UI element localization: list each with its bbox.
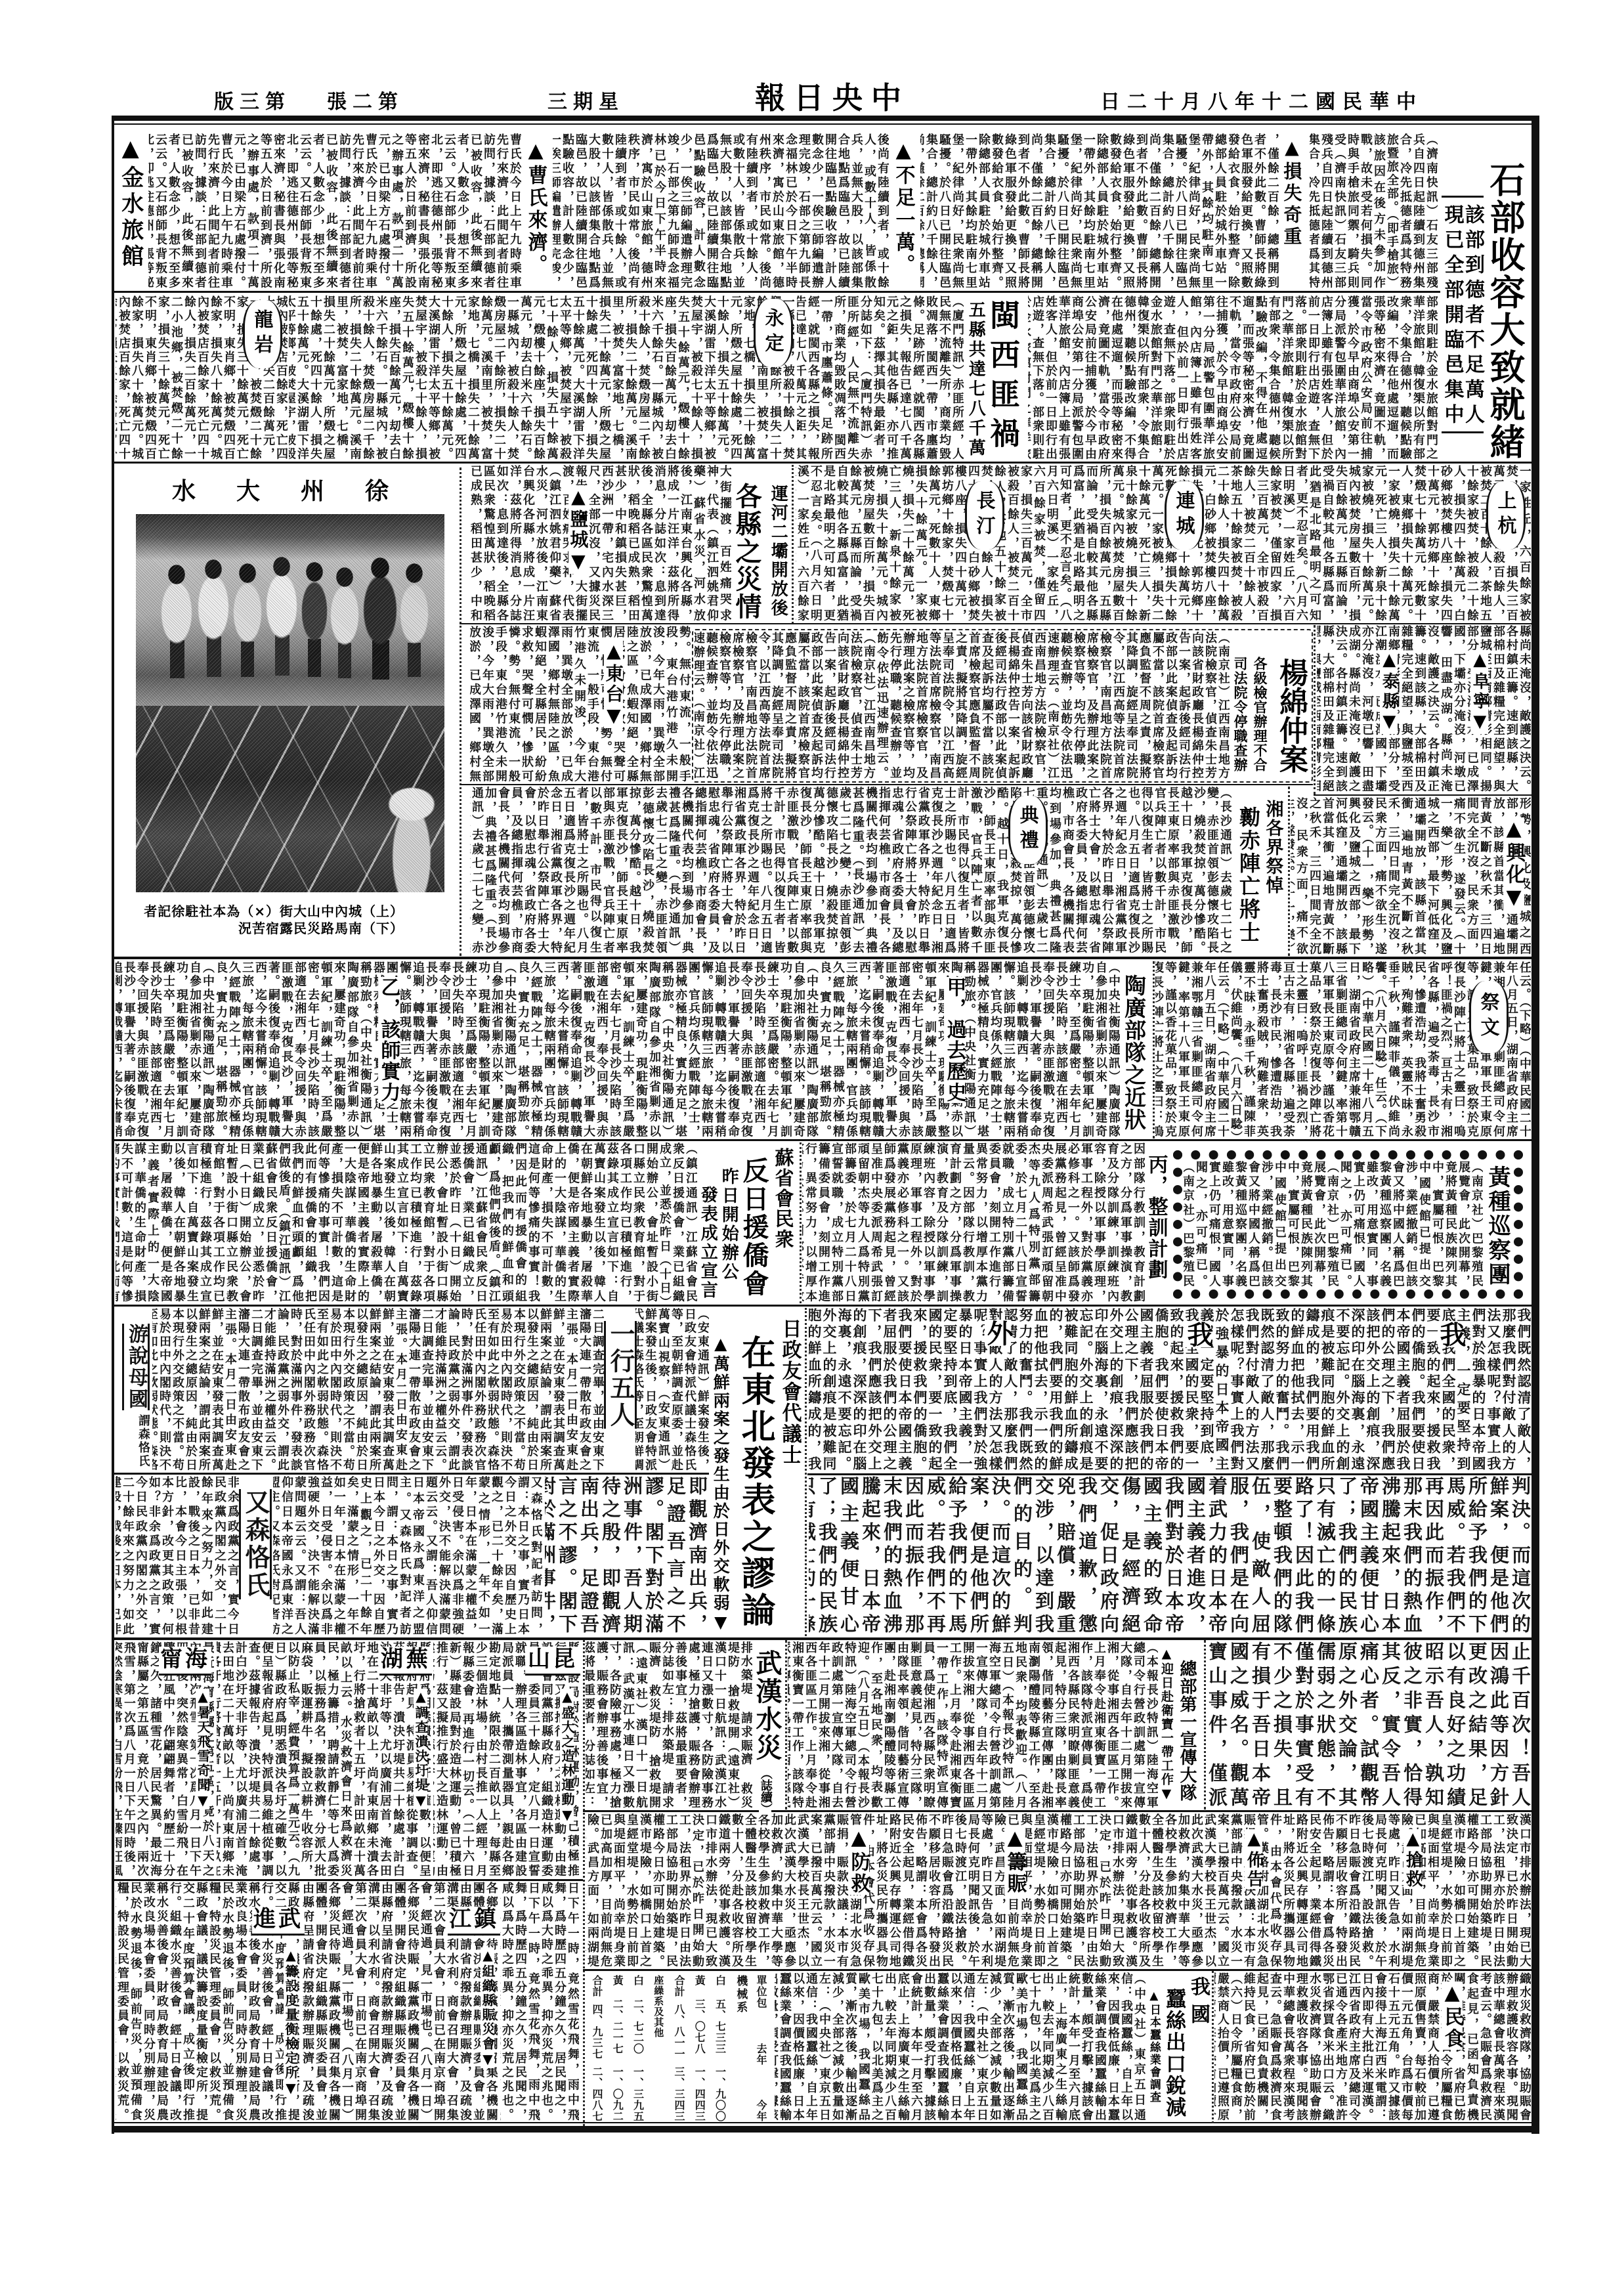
minxi-body-1: （廈門特訊）赤匪所經，人民無不流離失所，商業均毀敗凋落，閩西一帶，市廛蕭條。足跡…: [797, 295, 964, 461]
photo-column-wavy-rule: [460, 467, 461, 956]
zhenjiang-subhead: ▲組織縣賑災會▼: [481, 1947, 494, 2068]
table-kind: 白: [633, 1975, 643, 1986]
xiang-headline: 勷赤陣亡將士: [1238, 806, 1259, 944]
ceremony-label: 典禮: [1008, 796, 1048, 864]
zhengyou-body-3: 謂森恪氏: [116, 1414, 150, 1472]
manifesto-initial: 我: [1438, 1321, 1464, 1347]
zhenjiang-heading: 鎮江: [448, 1907, 500, 1936]
haining-body-continued: 日下午一時，竟然雪花飛舞，雨中飛舞，爲時歷四五分鐘之久，居民聞之，咸以爲大時之乖…: [500, 1882, 579, 2122]
lobby-homeland-section: 游說母國: [122, 1324, 150, 1410]
manifesto-initial: 外: [985, 1320, 1011, 1346]
disaster-body-4: 形勢，興化及鹽城之西部，最下河低窪，通壩開放，該縣首當其衝，遍地青黃不斷之秋禾，…: [1291, 797, 1531, 956]
wavy-rule: [1212, 1971, 1214, 2123]
yang-subhead-1: 各級檢官辦理不合: [1253, 657, 1267, 772]
band-rule-11: [583, 1969, 1533, 1971]
tao-body-2: 因部隊行教訓，教育計劃之方，分爲軍事操演，教育及分隊訓練，訓練班內容，除授以軍事…: [802, 1142, 1145, 1303]
county-label-shanghang: 上杭: [1486, 481, 1526, 550]
huang-body: （南京社）巴黎殖民展覽會，此次開幕，竟將黃種民族陳列其中，實屬可恨，巴黎中國使館…: [1184, 1161, 1483, 1288]
table-unit: 單位包: [756, 1975, 766, 2008]
frame-bottom-rule: [113, 2126, 1539, 2133]
lead-subhead-2: 現已全部開臨邑集中: [1442, 204, 1463, 429]
band-rule-7: [113, 1305, 1533, 1307]
lead-body-1: （濟南快訊）石友三部殘兵自四日起陸續到德州集合，冷先抵德者爲其特務旅暨旅全部。（…: [1310, 133, 1438, 290]
table-value-this: 二、四八七: [591, 2066, 602, 2122]
frame-left-rule: [112, 116, 114, 2134]
flood-photo: [136, 514, 444, 892]
ceremony-label-text: 典禮: [1019, 805, 1038, 855]
minxi-subhead: 五縣共達七八千萬: [966, 301, 984, 458]
table-value-last: 二、二一七: [612, 1999, 622, 2054]
loss-subhead: ▲損失奇重: [1282, 137, 1301, 248]
lead-body-2: ，僅餘二百餘，總稱開到者不外此數。曹師長將綠色軍服發給更換，又照數發給衣食，始行…: [920, 133, 1279, 290]
table-kind: 黃: [694, 1975, 704, 1986]
county-label-text: 上杭: [1497, 490, 1516, 540]
paper-title: 中央日報: [755, 83, 910, 113]
wavy-rule: [800, 1142, 802, 1303]
dongtai-subhead: ▲東台▼: [604, 640, 623, 728]
lead-body-3: 後尚有陸續到者，或十餘人，或數十人，皆係散兵，並無大股，以該部集合地點爲臨邑，故…: [553, 133, 889, 290]
xinghua-subhead: ▲興化▼: [1503, 817, 1524, 911]
silk-kicker: 我國: [1188, 1976, 1208, 2031]
county-label-text: 連城: [1175, 490, 1194, 540]
zhengyou-body-2: 二日調查完畢，並由安東下瀋陽大連一帶散布政友會之主張。本月二日由安東赴鮮，並在安…: [152, 1308, 604, 1472]
cao-arrives-subhead: ▲曹氏來濟。: [525, 139, 546, 276]
haining-heading: 海甯: [159, 1647, 211, 1676]
disaster-body-3: 縣尚未淹沒，敵護之決云。各村鎮正籌。速到該縣，大部棉田及雜糧完全絕望，與鹽城至西…: [1317, 625, 1531, 793]
kunshan-subhead: ▲盛大之造林運動▼: [560, 1689, 574, 1824]
table-value-last: 四、九三七: [591, 2004, 602, 2060]
table-value-last: 三、〇七八: [694, 1999, 704, 2054]
party-of-five-section: 一行五人: [604, 1321, 637, 1429]
band-rule-10: [583, 1810, 1533, 1812]
silk-headline: 蠶絲出口銳減: [1163, 1988, 1184, 2118]
disaster-headline: 各縣之災情: [733, 483, 760, 620]
suzhou-kicker: 蘇省會民衆: [773, 1148, 793, 1249]
table-kind: 合計: [591, 1975, 602, 1997]
suzhou-subhead-2: 發表成立宣言: [698, 1186, 716, 1300]
frame-top-thin-rule: [113, 123, 1532, 125]
table-row: 黃 二、二一七 一、〇九二: [607, 1975, 627, 2122]
wuhan-headline: 武漢水災: [754, 1649, 780, 1762]
table-value-last: 二、七二〇: [633, 1999, 643, 2054]
photo-caption-lower: （下）南馬路災民露宿苦況: [118, 922, 404, 935]
propaganda-headline: 總部第一宣傳大隊: [1178, 1660, 1195, 1802]
minxi-body-counties: 一家姓丘，六百餘家被焚，僅留四家，損失三百萬元，全市被殺百餘人，被焚二百十餘人，…: [796, 465, 1531, 622]
weekday: 星期三: [547, 93, 624, 112]
wuhan-continued-tag: （誌續）: [759, 1767, 771, 1815]
suzhou-headline: 反日援僑會: [740, 1157, 767, 1298]
table-row: 白 五、七三三 一、九〇〇: [710, 1975, 730, 2122]
wuhan-body-2: 漢口市排水辦法，現已大致決定，已於昨日開始動工，法租界亦於昨日由法工部局協助開始…: [586, 1813, 1531, 1968]
zhengyou-subhead: ▲萬鮮兩案之發生由於日外交軟弱▼: [712, 1334, 729, 1634]
newspaper-page: 第三版 第二張 星期三 中央日報 中華民國二十年八月十二日 石部收容大致就緒 該…: [0, 0, 1607, 2296]
manifesto-initial: 我: [1185, 1321, 1211, 1347]
wuhu-subhead: ▲調查潰決圩堤▼: [414, 1689, 427, 1809]
kunshan-body: 縣建設局對於造林運動，曾已積極推行，茲又擬推行盛大之造林運動，由建設局會同黨部縣…: [433, 1641, 579, 1878]
jinshui-hotel-subhead: ▲金水旅館: [118, 135, 142, 271]
photo-halftone-grain: [136, 514, 444, 892]
wujin-subhead: ▲籌設度量衡檢定所▼: [284, 1947, 297, 2097]
disaster-subhead: 運河二壩開放後: [769, 485, 786, 618]
yang-body: （南京社）江西南昌地方法院檢察官，偵查朱士芳向該省財政廳長楊綿仲控告一案，起訴後…: [695, 632, 1230, 780]
xiang-kicker: 湘各界祭悼: [1263, 800, 1281, 895]
yang-subhead-2: 司法院令停職查辦: [1233, 657, 1247, 772]
yancheng-subhead: ▲鹽城▼: [568, 486, 588, 574]
county-label-text: 龍岩: [253, 309, 272, 359]
table-value-last: 五、七三三: [715, 1999, 725, 2054]
tao-section-history: 甲，過去歷史: [944, 977, 965, 1103]
zhengyou-body-5: 非余爲政黨之言，實今日民政黨內閣之外交，二十餘年來之努力，如此建設，戰後之日本，…: [116, 1476, 239, 1636]
table-year-this: 今年: [756, 2100, 766, 2122]
band-rule-4a: [460, 784, 1313, 785]
lead-body-5: 部衆則駐於金水旅館對門之華洋旅館，韓復榘以所有部衆，令集合德州，聽候點驗改編，不…: [1028, 295, 1438, 461]
band-rule-1: [113, 291, 1440, 293]
huang-headline: 黃種巡察團: [1486, 1165, 1509, 1287]
yang-headline: 楊綿仲案: [1276, 658, 1305, 773]
zhengyou-body-1: （安東通訊）鮮案發生後，日政友會特派代議士森恪氏等，至朝鮮調查原委，並赴萬寶山視…: [635, 1308, 709, 1472]
wavy-rule: [583, 1640, 585, 2126]
wuhu-body: 縣政府爲明悉潰決各圩之確數，以便呈報省府起見，特派員易維植從事調查。茲據報告，潰…: [217, 1641, 431, 1878]
county-label-changting: 長汀: [965, 481, 1004, 550]
eulogy-label-text: 祭文: [1480, 992, 1499, 1042]
zhengyou-quote: 即觀濟南出兵，足證吾言之不謬。閣下對於滿洲事件，吾人期待之殷，即觀濟南出兵，足證…: [545, 1476, 708, 1636]
tao-section-training: 丙，整訓計劃: [1146, 1154, 1167, 1280]
table-row: 合計 八、八一一 三、三四三: [669, 1975, 689, 2122]
not-enough-subhead: ▲不足一萬。: [893, 139, 914, 276]
wavy-rule: [785, 1640, 787, 1809]
silk-subhead: ▲日本蠶絲業會調查: [1147, 1989, 1159, 2104]
wavy-rule: [1153, 961, 1155, 1138]
issue-date: 中華民國二十年八月十二日: [1100, 93, 1423, 112]
sheet-number: 第二張: [327, 93, 404, 112]
lead-subhead-box: 該部到德者不足萬人 現已全部開臨邑集中: [1442, 196, 1484, 433]
mori-kaku-section: 又森恪氏: [239, 1489, 272, 1599]
eulogy-label: 祭文: [1469, 981, 1509, 1053]
zhengyou-body-6: 止千百次！吾人因鴻此等因方針更改之結果，足以有良好之功績昭示吾人，孰知彼之非實，…: [1207, 1641, 1531, 1809]
table-value-this: 一、四四三: [694, 2066, 704, 2122]
tao-body-1: （中央社衡陽通訊）陶廣部隊自參加湘省剿赤以來，屢建奇功，現駐衡陽，整頓軍紀，訓練…: [116, 961, 1120, 1138]
silk-body: （中央社）東京五日通信：我國蠶絲，自上年以來，因價格低廉，日本蠶絲業會調查我國蠶…: [775, 1972, 1146, 2122]
wuhan-body-1: 排水築堤 請求賑濟 救災堤防 搶救堤開（遠東社）漢口十一日航訊：武漢江水連日又漲…: [586, 1641, 752, 1809]
minxi-headline: 閩西匪禍: [988, 299, 1018, 457]
zhengyou-kicker: 日政友會代議士: [779, 1318, 800, 1465]
county-label-text: 長汀: [975, 490, 995, 540]
minxi-body-yongding: 一縣城內，被殺十餘人，焚燬房屋二千餘所，損失二十餘萬元。溪南里，被焚，富家地，七…: [289, 295, 794, 461]
county-label-yongding: 永定: [754, 299, 793, 367]
wavy-rule: [1288, 787, 1290, 956]
lead-body-4: 曹氏於今日上午九時乘車先行來濟，此間記者前往訪問，據談：石部到德者已被收容，此後…: [148, 133, 521, 290]
suzhou-subhead-1: 昨日開始辦公: [719, 1167, 737, 1282]
haining-subhead: ▲暑天飛雪奇聞▼: [196, 1689, 209, 1809]
lead-headline: 石部收容大致就緒: [1488, 162, 1523, 461]
band-rule-4b: [1314, 794, 1533, 796]
wujin-heading: 武進: [252, 1907, 305, 1936]
band-rule-6: [113, 1139, 1533, 1141]
table-row: 白 二、七二〇 一、三九五: [628, 1975, 648, 2122]
table-value-last: 八、八一一: [674, 2004, 684, 2060]
table-row: 黃 三、〇七八 一、四四三: [689, 1975, 709, 2122]
propaganda-body: （本報長沙特訊）陸海空軍總司令行營政訓處第一宣傳大隊，自去年十二月開拔來湘，從事…: [788, 1641, 1158, 1809]
tao-headline: 陶廣部隊之近狀: [1123, 974, 1145, 1131]
table-year-last: 去年: [756, 2043, 766, 2066]
table-kind: 白: [715, 1975, 725, 1986]
disaster-body-1: 大街擺渡，百姓痛哭求神，代表（鎮江泗姚君仰藥）蘇省水災，河水放後，江南東台興化各…: [470, 465, 731, 622]
food-supply-subhead: ▲民食: [1442, 1982, 1463, 2050]
rescue-subhead: ▲搶救: [1403, 1829, 1421, 1889]
zhengyou-headline: 在東北發表之謬論: [738, 1335, 772, 1629]
lead-subhead-1: 該部到德者不足萬人: [1463, 204, 1484, 429]
silk-export-table: 單位包 去年 今年 機械系 白 五、七三三 一、九〇〇 黃 三、〇七八 一、四四…: [587, 1975, 771, 2122]
frame-bottom-thin-rule: [113, 2122, 1532, 2123]
county-label-text: 永定: [764, 308, 783, 358]
table-row: 合計 四、九三七 二、四八七: [587, 1975, 607, 2122]
wavy-rule: [1314, 625, 1316, 794]
relief-fund-subhead: ▲籌賑: [1004, 1827, 1025, 1895]
band-rule-8a: [113, 1473, 709, 1475]
wavy-rule: [805, 1308, 807, 1636]
wuhan-body-3: 織水災救濟隊，協助賑會辦理救護收容各事。現聞該中華總會長萬衆程來漢考查云。急賑會…: [1214, 1972, 1531, 2122]
wavy-rule: [792, 465, 794, 624]
wavy-rule: [1204, 1640, 1206, 1809]
table-group-column: 座繰系及其他: [649, 1975, 668, 2122]
frame-top-rule: [113, 116, 1539, 121]
manifesto-body-1: 我們既然認清了敵人，那麼我們對付敵人的方法又怎樣呢？事實上我們對於強暴的日本帝國…: [809, 1308, 1531, 1472]
band-rule-8b: [807, 1473, 1533, 1475]
tao-section-strength: 乙，該師實力: [378, 977, 399, 1103]
table-value-this: 三、三四三: [674, 2066, 684, 2122]
table-kind: 黃: [612, 1975, 622, 1986]
prevention-subhead: ▲防救: [848, 1827, 869, 1895]
kunshan-heading: 昆山: [525, 1647, 580, 1676]
local-band-rule: [113, 1879, 583, 1881]
band-rule-2: [113, 462, 1533, 464]
band-rule-9: [113, 1637, 1533, 1640]
band-rule-5: [113, 957, 1533, 959]
table-group-column: 機械系: [731, 1975, 750, 2122]
band-rule-3: [460, 623, 1533, 624]
manifesto-body-2: 判決。而這次的鮮案，便是他們所給予我們的下馬威。若我們不再因此而振作，那末我們的…: [809, 1476, 1531, 1636]
taixian-subhead: ▲泰縣▼: [1380, 650, 1398, 734]
propaganda-subhead: ▲迎日赴衛寶一帶工作▼: [1159, 1647, 1172, 1802]
table-value-this: 一、三九五: [633, 2066, 643, 2122]
table-kind: 合計: [674, 1975, 684, 1997]
zhengyou-body-4: 又森恪氏對記者訪問，謂：本日之事，實乃日本今日之外交，因自歷史上觀之，已二十餘年…: [273, 1476, 542, 1636]
xiang-body: （長沙通訊）去歲七二七之變，赤匪首領彭德懷攻陷長沙，燒殺焚掠，萬分慘酷。越十日，…: [470, 787, 1232, 955]
table-header-column: 單位包 去年 今年: [751, 1975, 771, 2122]
wuhu-heading: 蕪湖: [379, 1647, 432, 1676]
county-label-longyan: 龍岩: [243, 300, 282, 368]
county-label-liancheng: 連城: [1165, 481, 1204, 550]
frame-right-rule: [1532, 116, 1539, 2134]
disaster-body-2: 勢。無付東流，一般手段，東台港竹港久未開浚，今年大雨，巽墩全部放淤，已成澤國，鄉…: [470, 626, 691, 783]
photo-caption-upper: （上）城內中山大街（×）為本社駐徐記者: [118, 905, 404, 918]
page-number: 第三版: [214, 93, 291, 112]
table-value-this: 一、九〇〇: [715, 2066, 725, 2122]
funing-subhead: ▲阜寧▼: [1470, 650, 1488, 734]
photo-title: 徐州大水: [172, 479, 429, 503]
notice-subhead: ▲佈告: [1245, 1829, 1262, 1889]
table-value-this: 一、〇九二: [612, 2066, 622, 2122]
table-group-name: 座繰系及其他: [653, 1975, 663, 2038]
table-group-name: 機械系: [735, 1975, 746, 2014]
suzhou-body: （鎮江通訊）江蘇省會民衆反日援僑會，業已組織成立，並悉於昨日（十日）開始辦公，會…: [116, 1142, 697, 1303]
